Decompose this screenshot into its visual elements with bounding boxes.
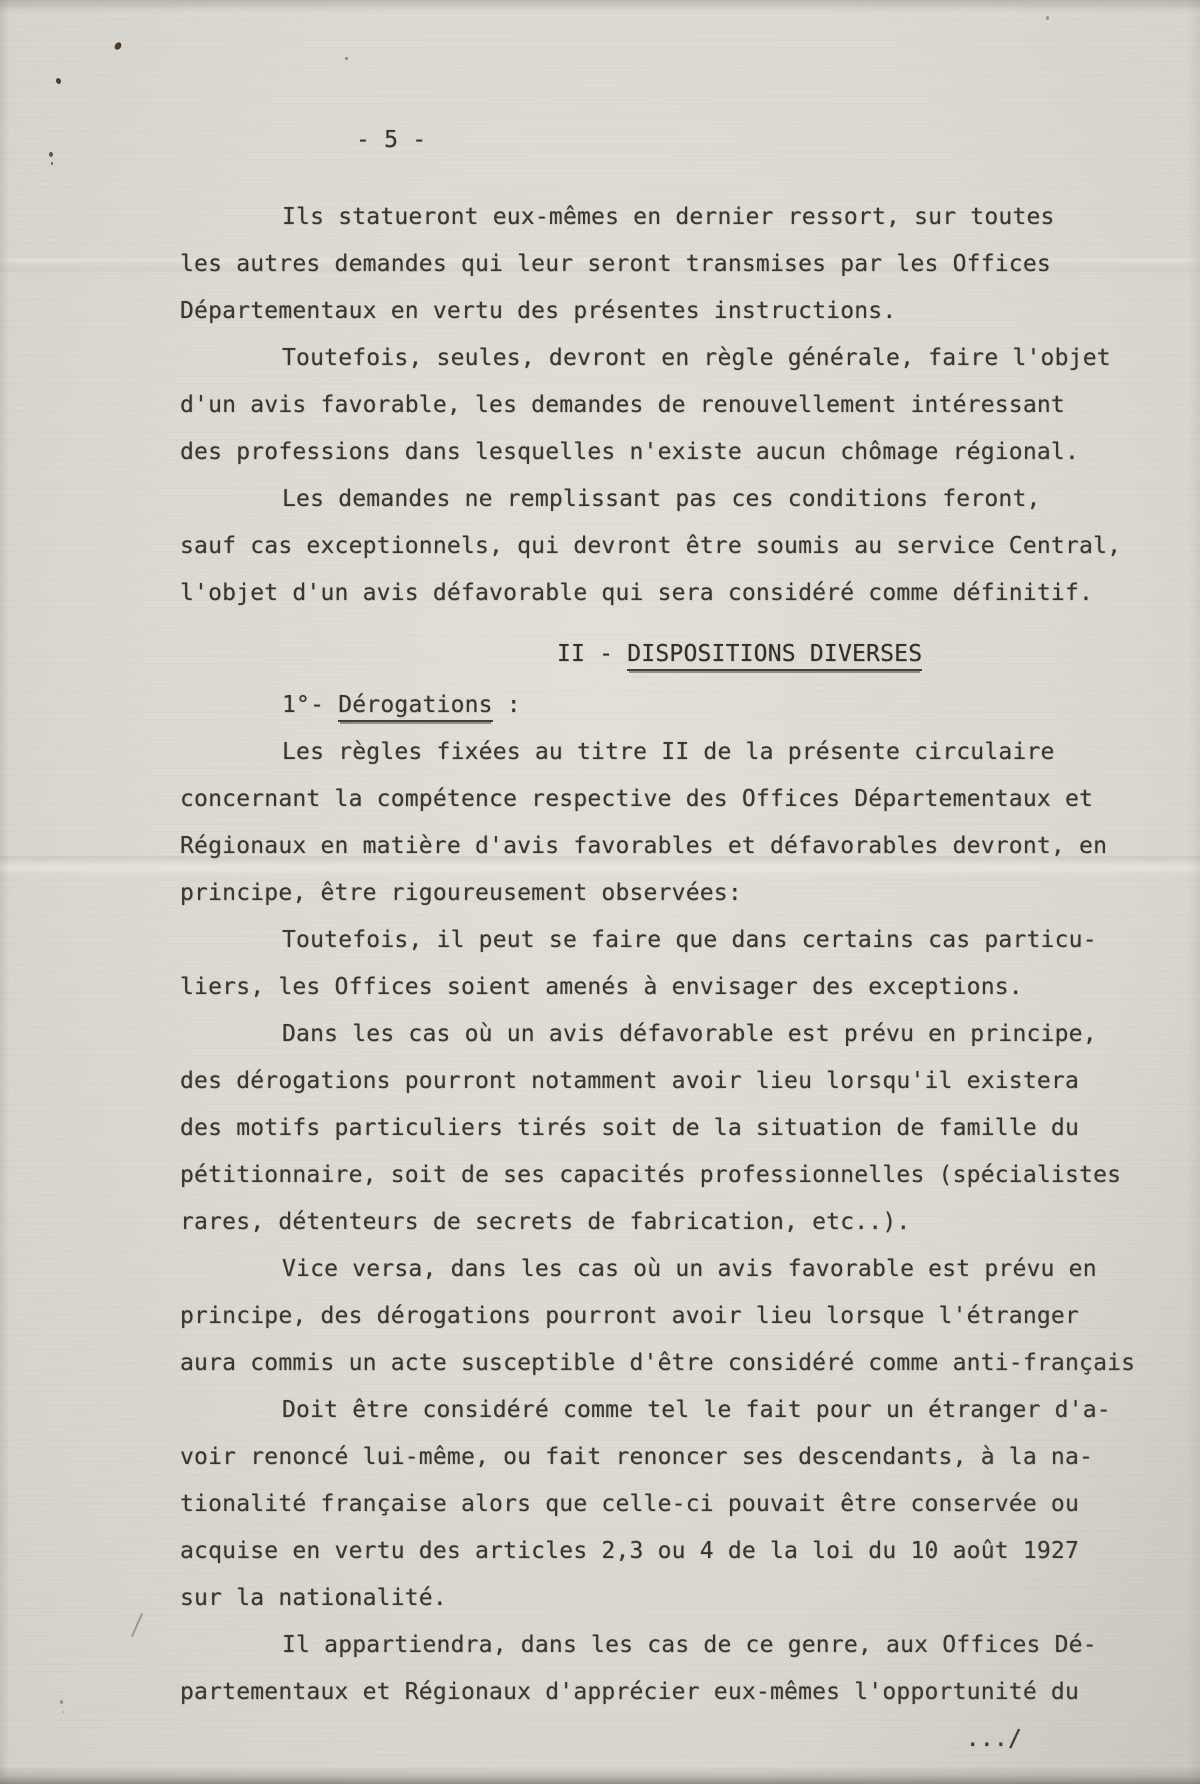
heading-prefix: 1°- xyxy=(282,692,338,718)
text-line: concernant la compétence respective des … xyxy=(0,776,1200,823)
text-line: sur la nationalité. xyxy=(0,1575,1200,1622)
text-line: aura commis un acte susceptible d'être c… xyxy=(0,1340,1200,1387)
typewritten-text-block: - 5 - Ils statueront eux-mêmes en dernie… xyxy=(0,122,1200,1763)
section-heading: II - DISPOSITIONS DIVERSES xyxy=(0,631,1200,678)
text-line: les autres demandes qui leur seront tran… xyxy=(0,241,1200,288)
paper-speck xyxy=(113,41,123,51)
heading-underlined-text: Dérogations xyxy=(338,692,493,722)
text-line: Les demandes ne remplissant pas ces cond… xyxy=(0,476,1200,523)
text-line: liers, les Offices soient amenés à envis… xyxy=(0,964,1200,1011)
text-line: Toutefois, il peut se faire que dans cer… xyxy=(0,917,1200,964)
text-line: des professions dans lesquelles n'existe… xyxy=(0,429,1200,476)
continuation-mark: .../ xyxy=(0,1716,1200,1763)
paper-speck xyxy=(55,77,62,84)
text-line: Les règles fixées au titre II de la prés… xyxy=(0,729,1200,776)
text-line: Ils statueront eux-mêmes en dernier ress… xyxy=(0,194,1200,241)
text-line: d'un avis favorable, les demandes de ren… xyxy=(0,382,1200,429)
text-line: acquise en vertu des articles 2,3 ou 4 d… xyxy=(0,1528,1200,1575)
heading-prefix: II - xyxy=(557,641,627,667)
text-line: rares, détenteurs de secrets de fabricat… xyxy=(0,1199,1200,1246)
paper-speck xyxy=(345,57,348,60)
text-line: Dans les cas où un avis défavorable est … xyxy=(0,1011,1200,1058)
text-line: l'objet d'un avis défavorable qui sera c… xyxy=(0,570,1200,617)
heading-suffix: : xyxy=(493,692,521,718)
text-line: Régionaux en matière d'avis favorables e… xyxy=(0,823,1200,870)
paper-speck xyxy=(1046,16,1049,20)
text-line: sauf cas exceptionnels, qui devront être… xyxy=(0,523,1200,570)
heading-underlined-text: DISPOSITIONS DIVERSES xyxy=(627,641,922,671)
torn-bottom-edge xyxy=(0,1766,1200,1784)
document-page: - 5 - Ils statueront eux-mêmes en dernie… xyxy=(0,0,1200,1784)
text-line: principe, des dérogations pourront avoir… xyxy=(0,1293,1200,1340)
text-line: Il appartiendra, dans les cas de ce genr… xyxy=(0,1622,1200,1669)
text-line: Doit être considéré comme tel le fait po… xyxy=(0,1387,1200,1434)
text-line: Départementaux en vertu des présentes in… xyxy=(0,288,1200,335)
text-line: voir renoncé lui-même, ou fait renoncer … xyxy=(0,1434,1200,1481)
subsection-heading: 1°- Dérogations : xyxy=(0,682,1200,729)
page-number: - 5 - xyxy=(0,122,1200,158)
text-line: des dérogations pourront notamment avoir… xyxy=(0,1058,1200,1105)
text-line: Toutefois, seules, devront en règle géné… xyxy=(0,335,1200,382)
text-line: pétitionnaire, soit de ses capacités pro… xyxy=(0,1152,1200,1199)
text-line: principe, être rigoureusement observées: xyxy=(0,870,1200,917)
text-line: tionalité française alors que celle-ci p… xyxy=(0,1481,1200,1528)
text-line: Vice versa, dans les cas où un avis favo… xyxy=(0,1246,1200,1293)
text-line: des motifs particuliers tirés soit de la… xyxy=(0,1105,1200,1152)
text-line: partementaux et Régionaux d'apprécier eu… xyxy=(0,1669,1200,1716)
